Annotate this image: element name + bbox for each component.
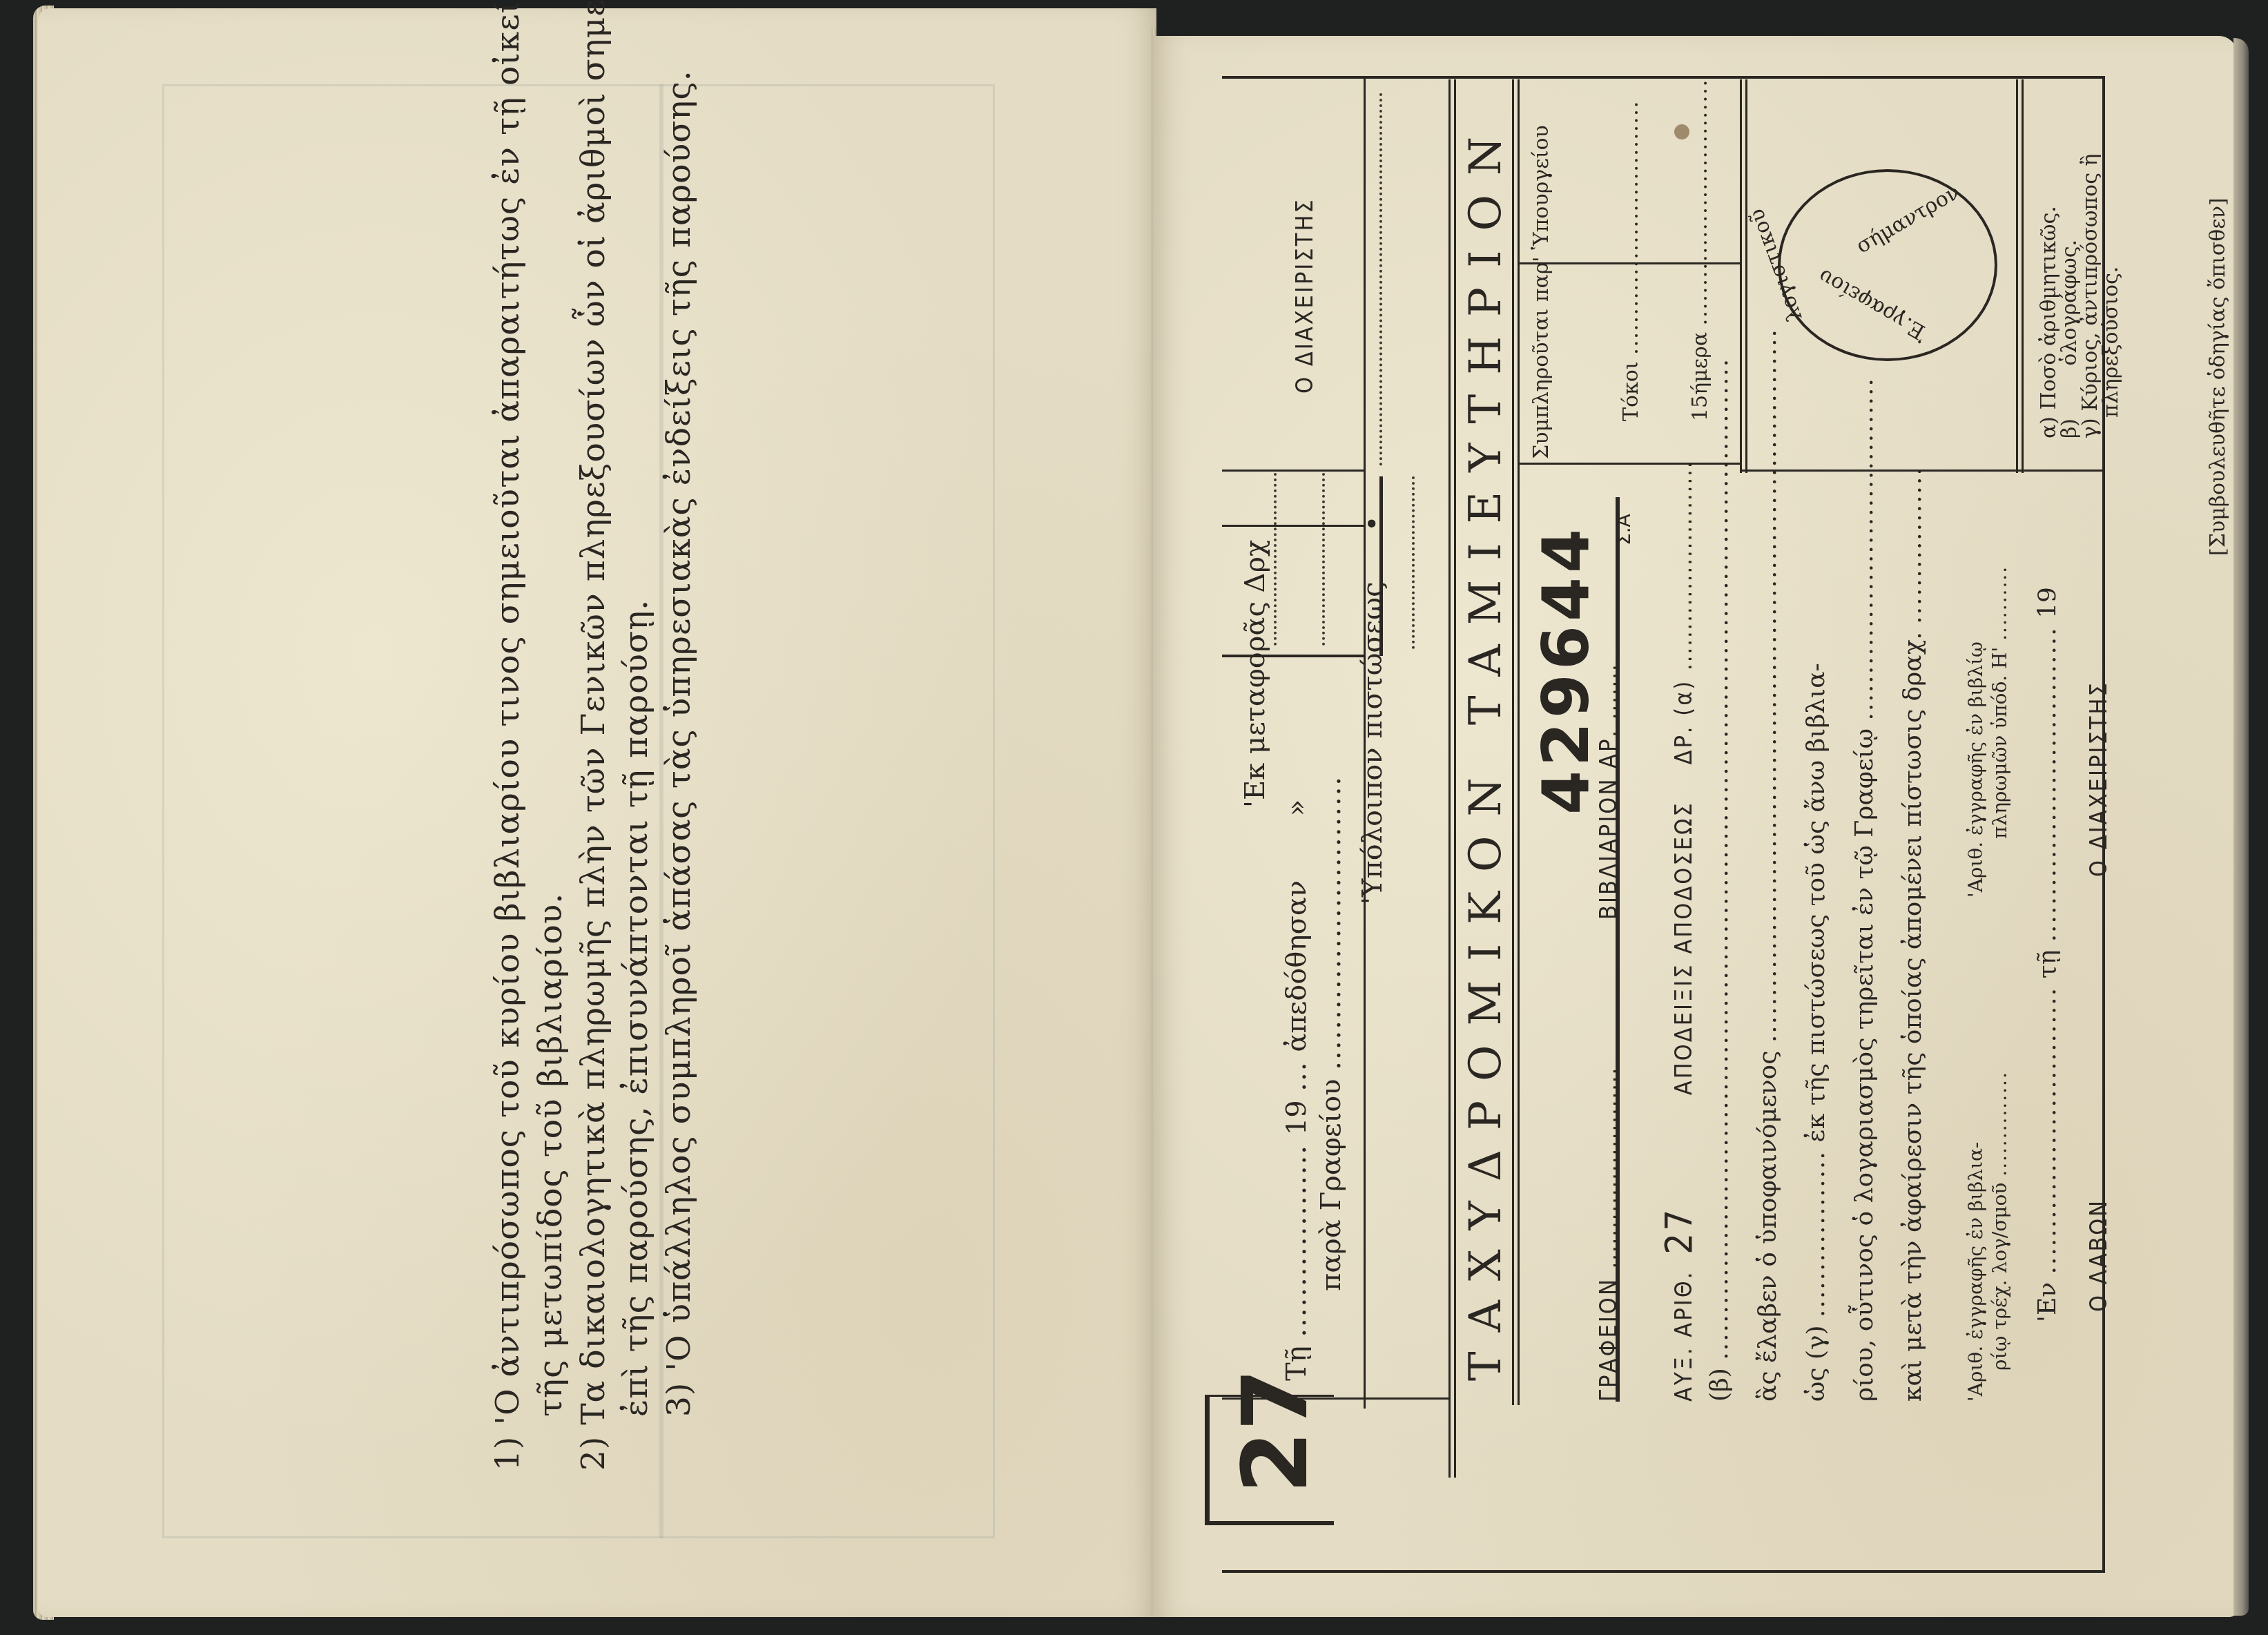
- paid-line: Τῇ ................... 19 ... ἀπεδόθησαν…: [1281, 800, 1312, 1381]
- entry-left: 'Αριθ. ἐγγραφῆς ἐν βιβλια-: [1964, 1142, 1987, 1402]
- year-label: 19: [2033, 587, 2062, 619]
- entry-right-2: πληρωμῶν ὑπόδ. Η' ..........: [1988, 565, 2011, 839]
- account-text: ρίου, οὗτινος ὁ λογαριασμὸς τηρεῖται ἐν …: [1850, 728, 1879, 1402]
- note-2: 2) Τα δικαιολογητικὰ πληρωμῆς πλὴν τῶν Γ…: [572, 48, 615, 1471]
- received-label: ἃς ἔλαβεν ὁ ὑποφαινόμενος: [1754, 1051, 1782, 1402]
- signature-manager: Ο ΔΙΑΧΕΙΡΙΣΤΗΣ: [2085, 681, 2113, 877]
- entry-right-a: ἐγγραφῆς ἐν βιβλίῳ: [1964, 641, 1987, 835]
- place-date-line: 'Εν ............................... τῇ .…: [2033, 587, 2062, 1322]
- office-from-field[interactable]: .............................: [1315, 775, 1347, 1070]
- interest-line: Τόκοι ................................: [1619, 100, 1643, 421]
- office-from-label: παρὰ Γραφείου: [1315, 1078, 1347, 1291]
- stub-table-line-2: [1222, 525, 1364, 527]
- line-b-label: (β): [1705, 1368, 1734, 1402]
- balance-label: 'Υπόλοιπον πιστώσεως: [1357, 582, 1388, 904]
- entry-left-a: ἐγγραφῆς ἐν βιβλια-: [1964, 1142, 1987, 1339]
- bullet: •: [1357, 515, 1388, 573]
- note-1-cont: τῆς μετωπίδος τοῦ βιβλιαρίου.: [530, 48, 572, 1471]
- title-band-line-1b: [1518, 79, 1520, 1405]
- page-edges-right: [2233, 38, 2249, 1616]
- entry-right: 'Αριθ. ἐγγραφῆς ἐν βιβλίῳ: [1964, 641, 1987, 898]
- receipt-prefix: ΑΥΞ. ΑΡΙΘ.: [1670, 1270, 1698, 1402]
- footnote-box-line: [2016, 79, 2018, 473]
- receipt-no-label: ΔΡ. (α): [1670, 679, 1698, 793]
- receipt-number: 27: [1230, 1368, 1320, 1493]
- entry-right-b: πληρωμῶν ὑπόδ. Η': [1988, 647, 2011, 839]
- signature-recipient: Ο ΛΑΒΩΝ: [2085, 1199, 2113, 1312]
- ditto-mark: »: [1281, 800, 1312, 871]
- line-c-field[interactable]: ..................: [1802, 1150, 1830, 1317]
- receipt-no-field[interactable]: ..........................: [1670, 460, 1698, 670]
- receipt-line: ΑΥΞ. ΑΡΙΘ. 27 ΑΠΟΔΕΙΞΙΣ ΑΠΟΔΟΣΕΩΣ ΔΡ. (α…: [1657, 460, 1700, 1402]
- line-balance: καὶ μετὰ τὴν ἀφαίρεσιν τῆς ὁποίας ἀπομέν…: [1899, 466, 1927, 1402]
- date-label: τῇ: [2033, 950, 2062, 978]
- footnote-c2: πληρεξούσιος.: [2099, 267, 2123, 418]
- note-3: 3) 'Ο ὑπάλληλος συμπληροῖ ἁπάσας τὰς ὑπη…: [658, 48, 701, 1471]
- office-line: ΓΡΑΦΕΙΟΝ ......................... ΒΙΒΛΙ…: [1595, 663, 1622, 1402]
- line-b: (β) ....................................…: [1705, 358, 1734, 1402]
- line-account: ρίου, οὗτινος ὁ λογαριασμὸς τηρεῖται ἐν …: [1850, 377, 1879, 1402]
- paid-line-prefix: Τῇ: [1281, 1346, 1312, 1381]
- margin-instruction: [Συμβουλευθῆτε ὁδηγίας ὄπισθεν]: [2206, 197, 2230, 556]
- brought-forward-label: 'Εκ μεταφορᾶς Δρχ: [1239, 540, 1271, 808]
- stub-table-line-1: [1222, 470, 1364, 472]
- instruction-notes: 1) 'Ο ἀντιπρόσωπος τοῦ κυρίου βιβλιαρίου…: [487, 48, 701, 1471]
- line-b-field[interactable]: ........................................…: [1705, 358, 1734, 1360]
- receipt-number-inline: 27: [1657, 1208, 1700, 1261]
- interest-box-line-b: [1745, 79, 1747, 473]
- office-field[interactable]: .........................: [1595, 1067, 1622, 1269]
- entry-right-prefix: 'Αριθ.: [1964, 842, 1987, 898]
- title-band-line-0: [1448, 79, 1451, 1478]
- entry-right-field[interactable]: ..........: [1988, 565, 2011, 641]
- place-label: 'Εν: [2033, 1282, 2062, 1322]
- stub-dots-2: [1322, 473, 1326, 646]
- balance-field[interactable]: .................: [1899, 466, 1927, 624]
- booklet-label: ΒΙΒΛΙΑΡΙΟΝ ΑΡ.: [1595, 728, 1622, 1058]
- place-field[interactable]: ...............................: [2033, 987, 2062, 1275]
- stub-dots-1: [1274, 473, 1278, 646]
- line-c-text: ἐκ τῆς πιστώσεως τοῦ ὡς ἄνω βιβλια-: [1802, 663, 1830, 1142]
- office-from-line: παρὰ Γραφείου ..........................…: [1315, 775, 1347, 1291]
- receipt-number-box: 27: [1205, 1395, 1334, 1525]
- stub-signature-label: Ο ΔΙΑΧΕΙΡΙΣΤΗΣ: [1291, 197, 1319, 394]
- booklet-field[interactable]: .......: [1595, 663, 1622, 719]
- office-label: ΓΡΑΦΕΙΟΝ: [1595, 1277, 1622, 1402]
- fortnights-field[interactable]: ...............................: [1688, 79, 1712, 326]
- stub-dots-3: [1412, 476, 1416, 649]
- stub-signature-dots: [1379, 93, 1384, 466]
- balance-text: καὶ μετὰ τὴν ἀφαίρεσιν τῆς ὁποίας ἀπομέν…: [1899, 632, 1927, 1402]
- serial-number: 429644: [1529, 525, 1603, 815]
- date-field[interactable]: ..................................: [2033, 626, 2062, 942]
- account-field[interactable]: .....................................: [1850, 377, 1879, 720]
- interest-field[interactable]: ................................: [1619, 100, 1643, 355]
- entry-left-b: ρίῳ τρέχ. λογ/σμοῦ: [1988, 1183, 2011, 1371]
- ministry-note: Συμπληροῦται παρ' Ὑπουργείου: [1529, 125, 1553, 459]
- title-band-line-0b: [1454, 79, 1456, 1478]
- line-c: ὡς (γ) .................. ἐκ τῆς πιστώσε…: [1802, 663, 1830, 1402]
- received-field[interactable]: ........................................…: [1754, 328, 1782, 1043]
- paid-year-field[interactable]: ...: [1281, 1061, 1312, 1092]
- interest-label: Τόκοι: [1619, 361, 1643, 421]
- stamp-circle: [1778, 169, 1997, 361]
- entry-left-2: ρίῳ τρέχ. λογ/σμοῦ ..............: [1988, 1071, 2011, 1371]
- note-1: 1) 'Ο ἀντιπρόσωπος τοῦ κυρίου βιβλιαρίου…: [487, 48, 530, 1471]
- title-band-line-1: [1512, 79, 1514, 1405]
- entry-left-field[interactable]: ..............: [1988, 1071, 2011, 1177]
- note-2-cont: ἐπὶ τῆς παρούσης, ἐπισυνάπτονται τῇ παρο…: [615, 48, 658, 1471]
- ink-spot: [1674, 124, 1689, 139]
- line-received: ἃς ἔλαβεν ὁ ὑποφαινόμενος ..............…: [1754, 328, 1782, 1402]
- footnote-box-line-b: [2022, 79, 2024, 473]
- form-title: ΤΑΧΥΔΡΟΜΙΚΟΝ ΤΑΜΙΕΥΤΗΡΙΟΝ: [1460, 117, 1511, 1381]
- receipt-title: ΑΠΟΔΕΙΞΙΣ ΑΠΟΔΟΣΕΩΣ: [1670, 801, 1698, 1199]
- interest-box-line: [1740, 79, 1742, 473]
- entry-left-prefix: 'Αριθ.: [1964, 1346, 1987, 1402]
- paid-date-field[interactable]: ...................: [1281, 1144, 1312, 1337]
- line-c-label: ὡς (γ): [1802, 1325, 1830, 1402]
- paid-suffix: ἀπεδόθησαν: [1281, 880, 1312, 1052]
- balance-line: 'Υπόλοιπον πιστώσεως •: [1357, 515, 1388, 904]
- paid-year: 19: [1281, 1100, 1312, 1135]
